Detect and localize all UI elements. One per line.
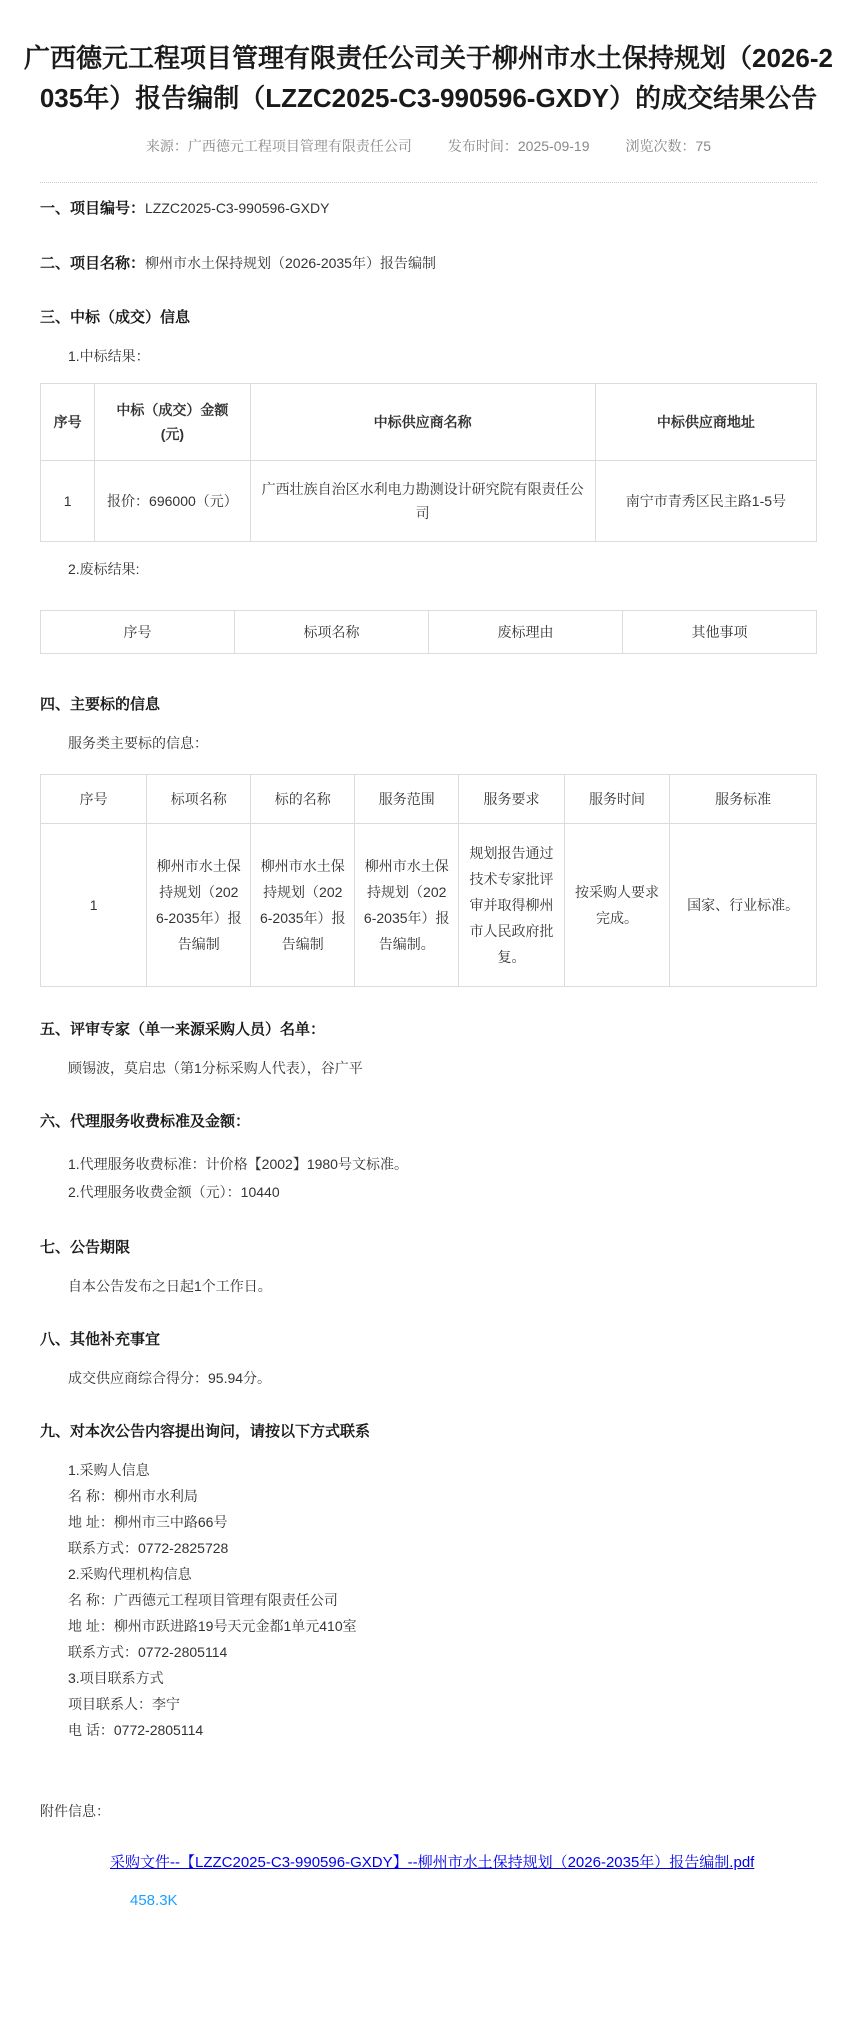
section-award-info: 三、中标（成交）信息 [40, 307, 817, 329]
award-table-header-row: 序号 中标（成交）金额 (元) 中标供应商名称 中标供应商地址 [41, 384, 817, 461]
agency-fee-standard: 1.代理服务收费标准：计价格【2002】1980号文标准。 [68, 1151, 817, 1177]
service-cell-subject-name: 柳州市水土保持规划（2026-2035年）报告编制 [251, 824, 355, 987]
agency-fee-amount: 2.代理服务收费金额（元）：10440 [68, 1179, 817, 1205]
rejected-header-reason: 废标理由 [429, 611, 623, 654]
section-main-subject: 四、主要标的信息 [40, 694, 817, 716]
rejected-header-other: 其他事项 [623, 611, 817, 654]
notice-period-content: 自本公告发布之日起1个工作日。 [68, 1275, 817, 1297]
contact-line: 1.采购人信息 [68, 1457, 817, 1483]
award-table-row: 1 报价：696000（元） 广西壮族自治区水利电力勘测设计研究院有限责任公司 … [41, 461, 817, 542]
other-matters-content: 成交供应商综合得分：95.94分。 [68, 1367, 817, 1389]
section-project-no-label: 一、项目编号： [40, 200, 145, 217]
section-project-no: 一、项目编号：LZZC2025-C3-990596-GXDY [40, 197, 817, 220]
section-other-matters: 八、其他补充事宜 [40, 1329, 817, 1351]
dotted-divider [40, 182, 817, 183]
attachment-label: 附件信息： [40, 1801, 817, 1821]
section-project-name-label: 二、项目名称： [40, 255, 145, 272]
rejected-result-label: 2.废标结果: [68, 558, 817, 580]
award-result-label: 1.中标结果： [68, 345, 817, 367]
award-header-amount: 中标（成交）金额 (元) [95, 384, 250, 461]
service-header-scope: 服务范围 [355, 775, 459, 824]
rejected-header-item: 标项名称 [235, 611, 429, 654]
project-no-value: LZZC2025-C3-990596-GXDY [145, 200, 329, 216]
service-header-requirement: 服务要求 [459, 775, 565, 824]
service-table-header-row: 序号 标项名称 标的名称 服务范围 服务要求 服务时间 服务标准 [41, 775, 817, 824]
contact-line: 联系方式：0772-2825728 [68, 1535, 817, 1561]
contact-line: 地 址：柳州市三中路66号 [68, 1509, 817, 1535]
section-notice-period: 七、公告期限 [40, 1237, 817, 1259]
service-cell-scope: 柳州市水土保持规划（2026-2035年）报告编制。 [355, 824, 459, 987]
rejected-table-header-row: 序号 标项名称 废标理由 其他事项 [41, 611, 817, 654]
rejected-header-seq: 序号 [41, 611, 235, 654]
rejected-result-table: 序号 标项名称 废标理由 其他事项 [40, 610, 817, 654]
service-header-seq: 序号 [41, 775, 147, 824]
contact-line: 地 址：柳州市跃进路19号天元金都1单元410室 [68, 1613, 817, 1639]
award-cell-seq: 1 [41, 461, 95, 542]
page-title: 广西德元工程项目管理有限责任公司关于柳州市水土保持规划（2026-2035年）报… [0, 38, 857, 118]
announcement-body: 一、项目编号：LZZC2025-C3-990596-GXDY 二、项目名称：柳州… [0, 197, 857, 1743]
section-project-name: 二、项目名称：柳州市水土保持规划（2026-2035年）报告编制 [40, 252, 817, 275]
award-header-supplier: 中标供应商名称 [250, 384, 595, 461]
service-cell-item-name: 柳州市水土保持规划（2026-2035年）报告编制 [147, 824, 251, 987]
service-subject-table: 序号 标项名称 标的名称 服务范围 服务要求 服务时间 服务标准 1 柳州市水土… [40, 774, 817, 987]
contact-block: 1.采购人信息 名 称：柳州市水利局 地 址：柳州市三中路66号 联系方式：07… [40, 1457, 817, 1743]
section-experts: 五、评审专家（单一来源采购人员）名单： [40, 1019, 817, 1041]
service-header-time: 服务时间 [564, 775, 670, 824]
service-cell-time: 按采购人要求完成。 [564, 824, 670, 987]
service-header-item-name: 标项名称 [147, 775, 251, 824]
section-contact: 九、对本次公告内容提出询问，请按以下方式联系 [40, 1421, 817, 1443]
source-text: 来源：广西德元工程项目管理有限责任公司 [146, 136, 412, 156]
service-cell-requirement: 规划报告通过技术专家批评审并取得柳州市人民政府批复。 [459, 824, 565, 987]
contact-line: 联系方式：0772-2805114 [68, 1639, 817, 1665]
meta-row: 来源：广西德元工程项目管理有限责任公司 发布时间：2025-09-19 浏览次数… [0, 136, 857, 156]
contact-line: 2.采购代理机构信息 [68, 1561, 817, 1587]
view-count: 浏览次数：75 [626, 136, 712, 156]
attachment-section: 附件信息： 采购文件--【LZZC2025-C3-990596-GXDY】--柳… [0, 1801, 857, 1909]
service-cell-seq: 1 [41, 824, 147, 987]
award-cell-supplier: 广西壮族自治区水利电力勘测设计研究院有限责任公司 [250, 461, 595, 542]
award-cell-amount: 报价：696000（元） [95, 461, 250, 542]
award-header-seq: 序号 [41, 384, 95, 461]
service-table-row: 1 柳州市水土保持规划（2026-2035年）报告编制 柳州市水土保持规划（20… [41, 824, 817, 987]
experts-names: 顾锡波，莫启忠（第1分标采购人代表），谷广平 [68, 1057, 817, 1079]
publish-time: 发布时间：2025-09-19 [448, 136, 590, 156]
award-cell-address: 南宁市青秀区民主路1-5号 [595, 461, 816, 542]
award-result-table: 序号 中标（成交）金额 (元) 中标供应商名称 中标供应商地址 1 报价：696… [40, 383, 817, 542]
attachment-file-size: 458.3K [130, 1892, 817, 1909]
contact-line: 名 称：广西德元工程项目管理有限责任公司 [68, 1587, 817, 1613]
contact-line: 电 话：0772-2805114 [68, 1717, 817, 1743]
project-name-value: 柳州市水土保持规划（2026-2035年）报告编制 [145, 255, 436, 271]
attachment-file-link[interactable]: 采购文件--【LZZC2025-C3-990596-GXDY】--柳州市水土保持… [110, 1851, 754, 1872]
award-header-address: 中标供应商地址 [595, 384, 816, 461]
contact-line: 名 称：柳州市水利局 [68, 1483, 817, 1509]
contact-line: 项目联系人：李宁 [68, 1691, 817, 1717]
service-header-subject-name: 标的名称 [251, 775, 355, 824]
section-agency-fee: 六、代理服务收费标准及金额： [40, 1111, 817, 1133]
service-header-standard: 服务标准 [670, 775, 817, 824]
service-cell-standard: 国家、行业标准。 [670, 824, 817, 987]
contact-line: 3.项目联系方式 [68, 1665, 817, 1691]
service-subject-label: 服务类主要标的信息： [68, 732, 817, 754]
